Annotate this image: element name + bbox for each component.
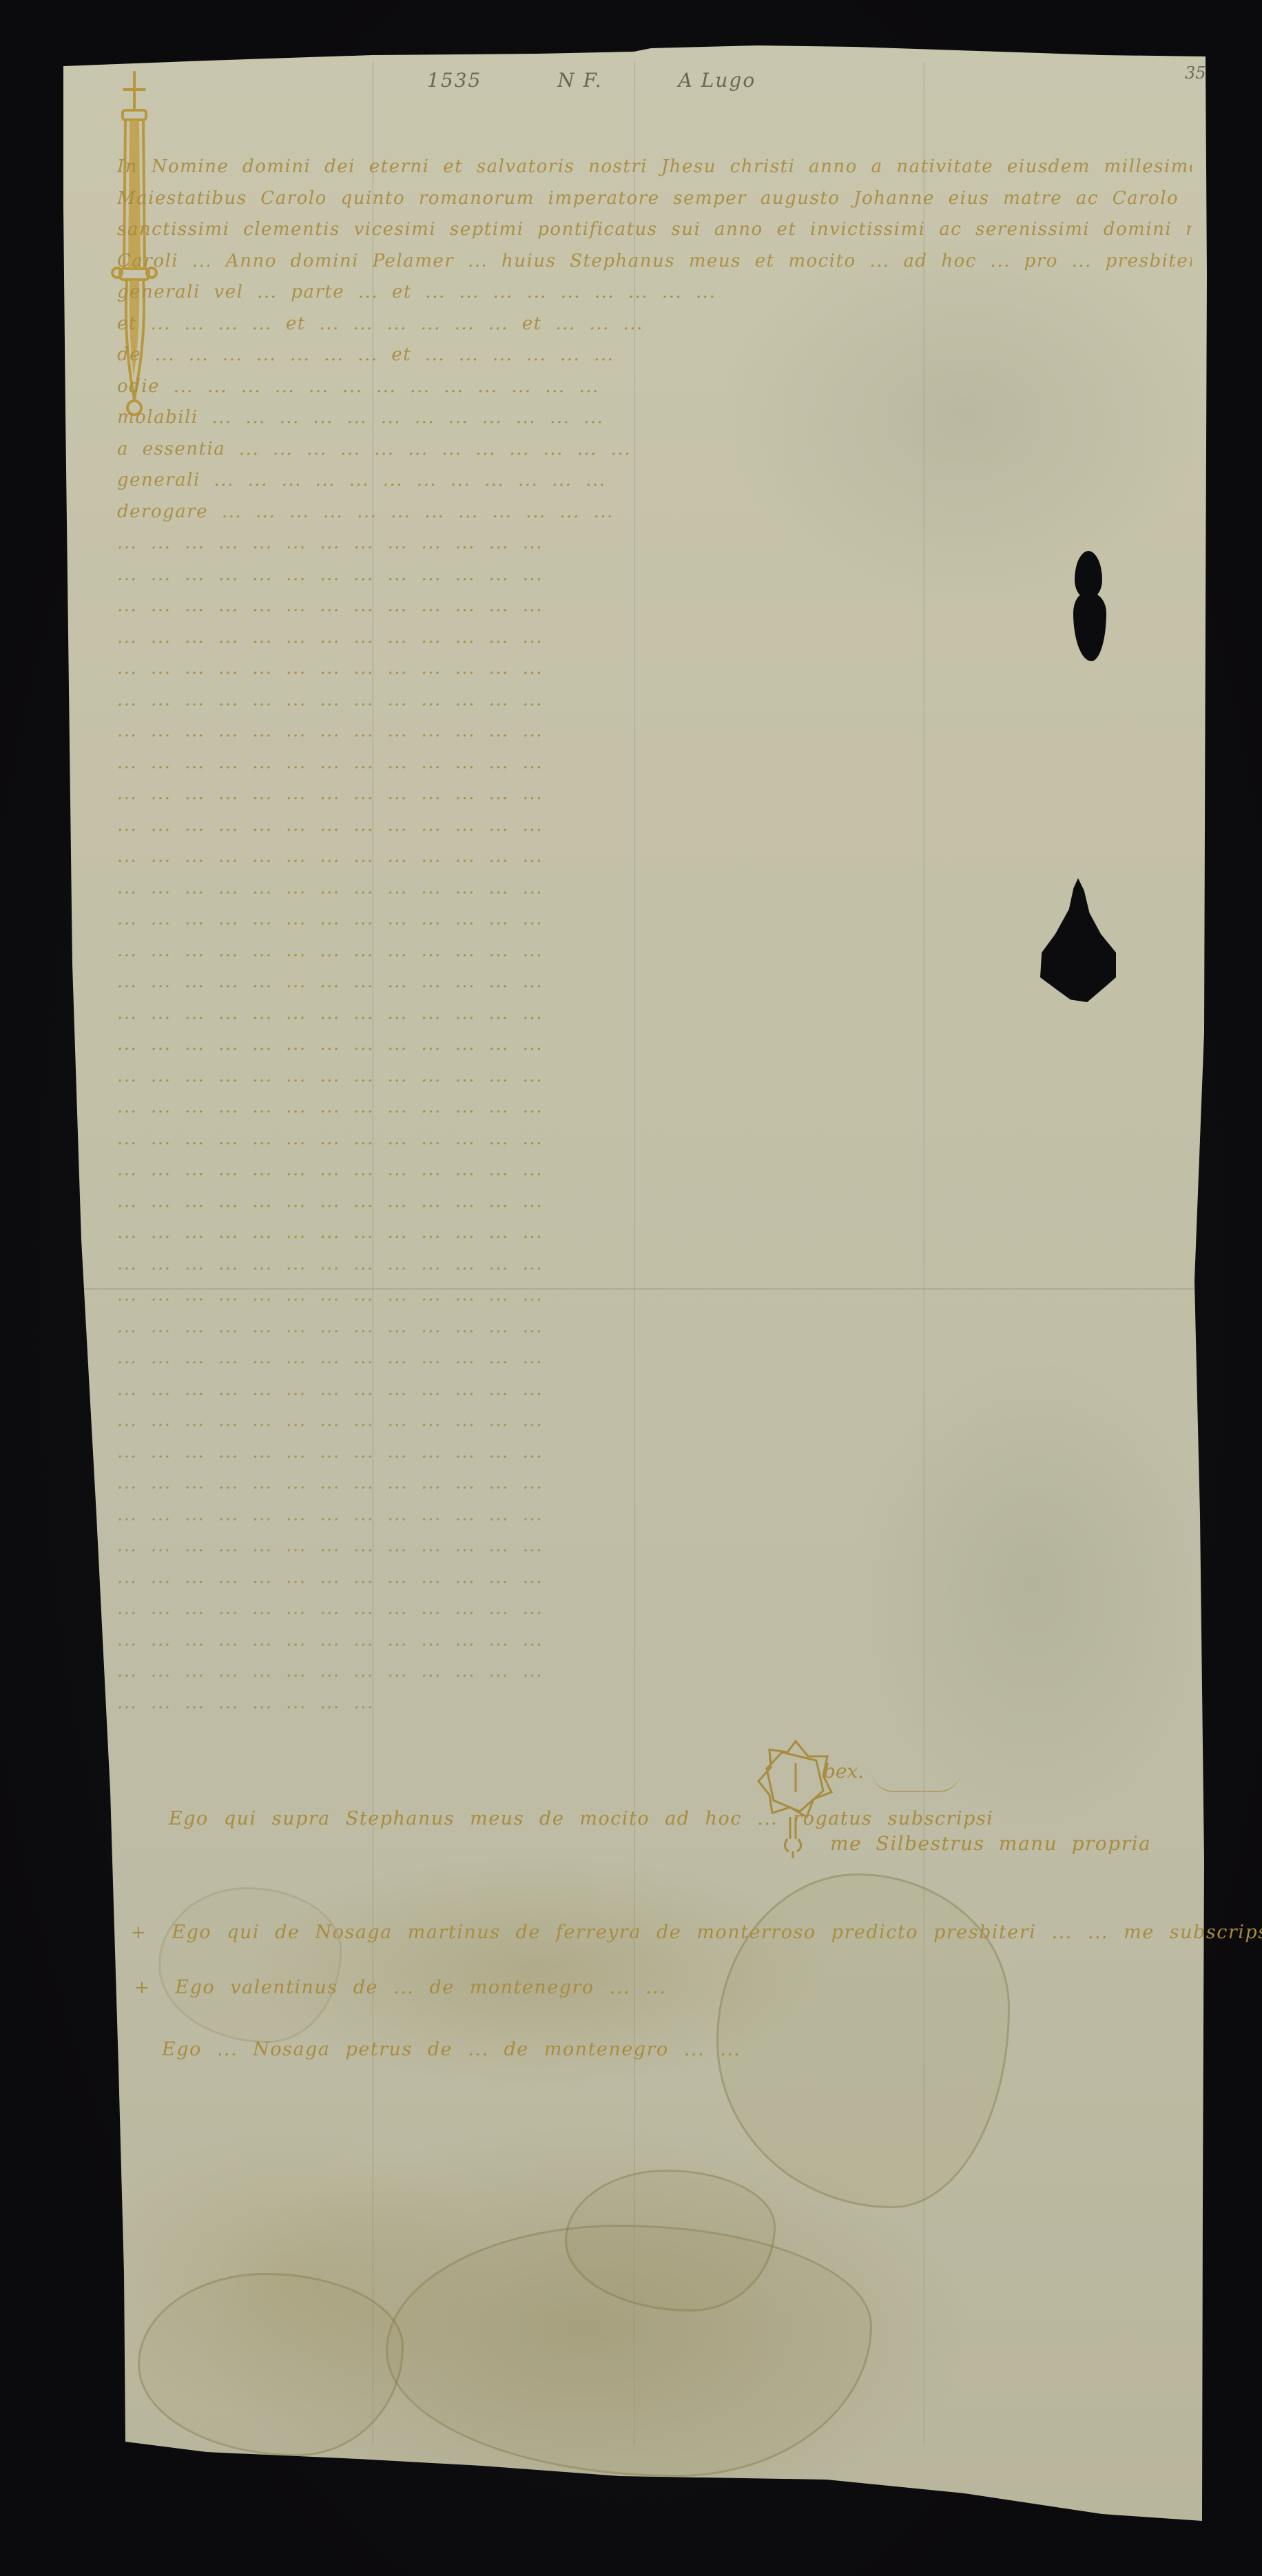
text-line: ... ... ... ... ... ... ... ... ... ... … (117, 622, 1192, 654)
text-line: ... ... ... ... ... ... ... ... ... ... … (117, 998, 1192, 1030)
text-line: ... ... ... ... ... ... ... ... ... ... … (117, 966, 1192, 998)
text-line: odie ... ... ... ... ... ... ... ... ...… (117, 371, 1192, 403)
text-line: ... ... ... ... ... ... ... ... ... ... … (117, 1092, 1192, 1123)
text-line: ... ... ... ... ... ... ... ... ... ... … (117, 1217, 1192, 1249)
text-line: ... ... ... ... ... ... ... ... ... ... … (117, 1593, 1192, 1625)
text-line: ... ... ... ... ... ... ... ... ... ... … (117, 1029, 1192, 1061)
text-line: ... ... ... ... ... ... ... ... ... ... … (117, 904, 1192, 935)
text-line: ... ... ... ... ... ... ... ... ... ... … (117, 935, 1192, 967)
water-stain (138, 2273, 404, 2456)
text-line: ... ... ... ... ... ... ... ... (117, 1687, 682, 1719)
signature-line-4: Ego ... Nosaga petrus de ... de monteneg… (162, 2039, 741, 2060)
text-line: ... ... ... ... ... ... ... ... ... ... … (117, 1342, 1192, 1374)
text-line: ... ... ... ... ... ... ... ... ... ... … (117, 1374, 1192, 1406)
notary-subscription: me Silbestrus manu propria (830, 1832, 1151, 1855)
text-line: ... ... ... ... ... ... ... ... ... ... … (117, 841, 1192, 873)
text-line: a essentia ... ... ... ... ... ... ... .… (117, 434, 1192, 466)
signature-line-2: + Ego qui de Nosaga martinus de ferreyra… (131, 1922, 1262, 1943)
flourish (871, 1770, 961, 1792)
corner-number: 35 (1185, 63, 1206, 83)
signature-text: Ego ... Nosaga petrus de ... de monteneg… (162, 2039, 741, 2060)
archival-header-notes: 1535 N F. A Lugo (427, 69, 756, 92)
year-note: 1535 (427, 69, 482, 92)
text-line: ... ... ... ... ... ... ... ... ... ... … (117, 1154, 1192, 1186)
text-line: ... ... ... ... ... ... ... ... ... ... … (117, 747, 1192, 779)
text-line: et ... ... ... ... et ... ... ... ... ..… (117, 309, 1192, 340)
text-line: de ... ... ... ... ... ... ... et ... ..… (117, 340, 1192, 371)
signature-text: Ego qui supra Stephanus meus de mocito a… (169, 1808, 993, 1829)
text-line: ... ... ... ... ... ... ... ... ... ... … (117, 1562, 1192, 1594)
text-line: molabili ... ... ... ... ... ... ... ...… (117, 402, 1192, 434)
text-line: ... ... ... ... ... ... ... ... ... ... … (117, 1530, 1192, 1562)
signature-line-1: Ego qui supra Stephanus meus de mocito a… (169, 1808, 993, 1829)
text-line: In Nomine domini dei eterni et salvatori… (117, 152, 1192, 183)
text-line: ... ... ... ... ... ... ... ... ... ... … (117, 1405, 1192, 1437)
signature-text: Ego valentinus de ... de montenegro ... … (175, 1977, 666, 1998)
water-stain (158, 1887, 342, 2043)
text-line: ... ... ... ... ... ... ... ... ... ... … (117, 590, 1192, 622)
text-line: Maiestatibus Carolo quinto romanorum imp… (117, 183, 1192, 215)
text-line: ... ... ... ... ... ... ... ... ... ... … (117, 1437, 1192, 1468)
text-line: ... ... ... ... ... ... ... ... ... ... … (117, 559, 1192, 591)
cross-mark-icon: + (134, 1977, 150, 1998)
text-line: ... ... ... ... ... ... ... ... ... ... … (117, 873, 1192, 904)
text-line: generali ... ... ... ... ... ... ... ...… (117, 465, 1192, 497)
signature-text: Ego qui de Nosaga martinus de ferreyra d… (172, 1922, 1262, 1943)
signature-line-3: + Ego valentinus de ... de montenegro ..… (134, 1977, 666, 1998)
text-line: ... ... ... ... ... ... ... ... ... ... … (117, 1499, 1192, 1531)
middle-note: N F. (557, 69, 602, 92)
text-line: ... ... ... ... ... ... ... ... ... ... … (117, 1249, 1192, 1280)
text-line: ... ... ... ... ... ... ... ... ... ... … (117, 778, 1192, 810)
text-line: Caroli ... Anno domini Pelamer ... huius… (117, 246, 1192, 278)
text-line: ... ... ... ... ... ... ... ... ... ... … (117, 1061, 1192, 1092)
text-line: ... ... ... ... ... ... ... ... ... ... … (117, 1186, 1192, 1218)
text-line: ... ... ... ... ... ... ... ... ... ... … (117, 528, 1192, 559)
text-line: ... ... ... ... ... ... ... ... ... ... … (117, 1625, 1192, 1656)
text-line: ... ... ... ... ... ... ... ... ... ... … (117, 716, 1192, 747)
signum-abbreviation: bex. (823, 1760, 864, 1783)
text-line: ... ... ... ... ... ... ... ... ... ... … (117, 1280, 1192, 1311)
text-line: sanctissimi clementis vicesimi septimi p… (117, 214, 1192, 246)
text-line: ... ... ... ... ... ... ... ... ... ... … (117, 810, 1192, 842)
text-line: ... ... ... ... ... ... ... ... ... ... … (117, 685, 1192, 716)
text-line: ... ... ... ... ... ... ... ... ... ... … (117, 653, 1192, 685)
notarial-signum-icon (754, 1736, 837, 1860)
text-line: generali vel ... parte ... et ... ... ..… (117, 277, 1192, 309)
text-line: ... ... ... ... ... ... ... ... ... ... … (117, 1468, 1192, 1499)
text-line: ... ... ... ... ... ... ... ... ... ... … (117, 1311, 1192, 1343)
text-line: derogare ... ... ... ... ... ... ... ...… (117, 497, 1192, 528)
text-line: ... ... ... ... ... ... ... ... ... ... … (117, 1123, 1192, 1155)
cross-mark-icon: + (131, 1922, 147, 1943)
text-line: ... ... ... ... ... ... ... ... ... ... … (117, 1656, 1192, 1687)
document-body: In Nomine domini dei eterni et salvatori… (117, 152, 1192, 1718)
place-note: A Lugo (679, 69, 756, 92)
